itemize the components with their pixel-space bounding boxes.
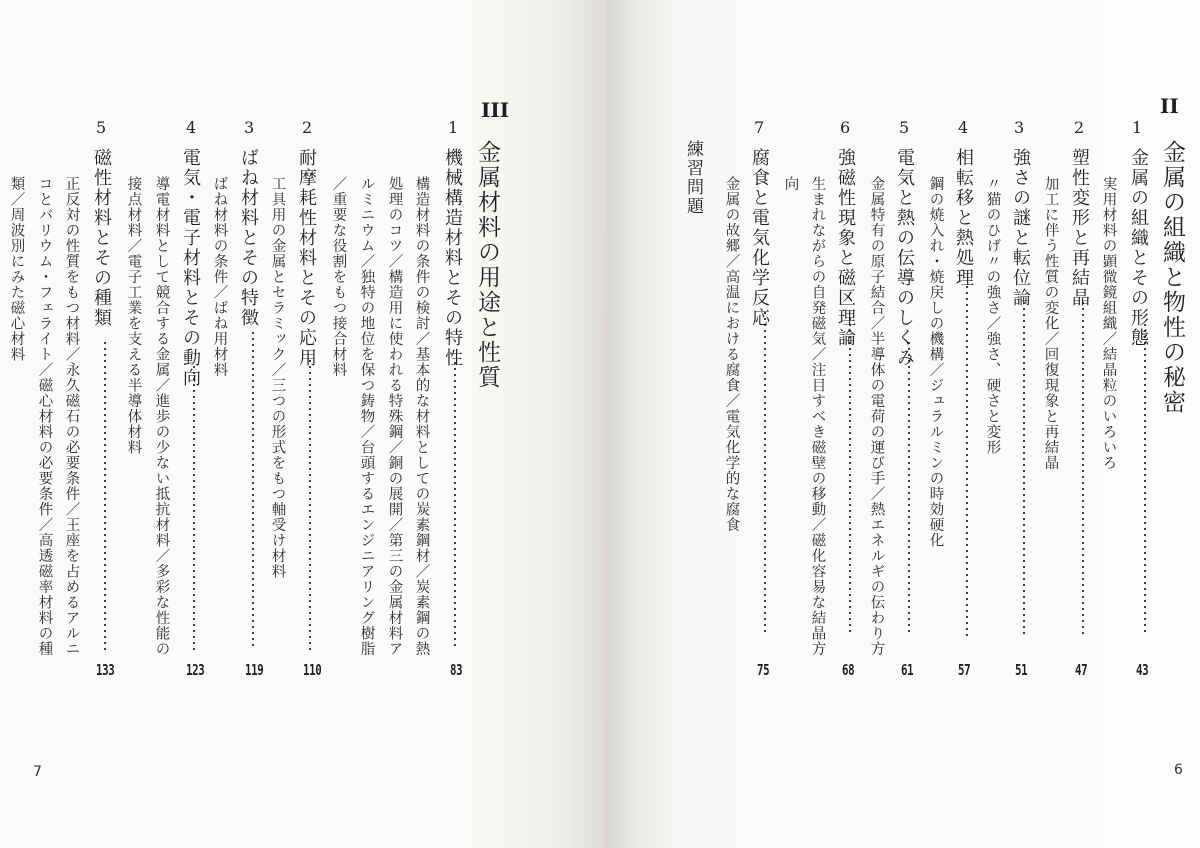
page-number: 133 bbox=[96, 661, 114, 679]
page-number: 61 bbox=[901, 661, 913, 679]
dot-leader bbox=[1144, 322, 1146, 636]
dot-leader bbox=[849, 316, 851, 636]
dot-leader bbox=[252, 330, 254, 650]
chapter-topics-continued: コとバリウム・フェライト／磁心材料の必要条件／高透磁率材料の種 bbox=[37, 176, 52, 657]
page-number: 47 bbox=[1075, 661, 1087, 679]
exercises-heading: 練習問題 bbox=[684, 140, 701, 216]
chapter-title: 電気・電子材料とその動向 bbox=[181, 148, 199, 388]
dot-leader bbox=[1023, 300, 1025, 636]
page-number: 123 bbox=[186, 661, 204, 679]
chapter-number: 2 bbox=[1074, 120, 1084, 136]
chapter-topics: 構造材料の条件の検討／基本的な材料としての炭素鋼材／炭素鋼の熱 bbox=[414, 176, 429, 657]
dot-leader bbox=[908, 340, 910, 636]
chapter-title: 金属の組織とその形態 bbox=[1129, 148, 1147, 348]
page-number: 83 bbox=[450, 661, 462, 679]
chapter-title: 塑性変形と再結晶 bbox=[1070, 148, 1088, 308]
dot-leader bbox=[193, 364, 195, 650]
chapter-title: 強さの謎と転位論 bbox=[1011, 148, 1029, 308]
chapter-title: 耐摩耗性材料とその応用 bbox=[297, 148, 315, 368]
dot-leader bbox=[454, 360, 456, 650]
dot-leader bbox=[966, 284, 968, 636]
dot-leader bbox=[1082, 300, 1084, 636]
chapter-number: 4 bbox=[958, 120, 968, 136]
chapter-title: 磁性材料とその種類 bbox=[92, 148, 110, 328]
page-number: 68 bbox=[842, 661, 854, 679]
chapter-topics: 生まれながらの自発磁気／注目すべき磁壁の移動／磁化容易な結晶方 bbox=[810, 176, 825, 657]
chapter-topics: 正反対の性質をもつ材料／永久磁石の必要条件／王座を占めるアルニ bbox=[64, 176, 79, 657]
dot-leader bbox=[309, 358, 311, 650]
part-title: 金属材料の用途と性質 bbox=[475, 140, 498, 390]
chapter-topics-continued: ／重要な役割をもつ接合材料 bbox=[331, 176, 346, 378]
chapter-topics: 導電材料として競合する金属／進歩の少ない抵抗材料／多彩な性能の bbox=[154, 176, 169, 657]
part-title: 金属の組織と物性の秘密 bbox=[1160, 140, 1183, 415]
chapter-number: 5 bbox=[899, 120, 909, 136]
page-number: 51 bbox=[1015, 661, 1027, 679]
chapter-title: 腐食と電気化学反応 bbox=[750, 148, 768, 328]
chapter-title: 電気と熱の伝導のしくみ bbox=[895, 148, 913, 368]
page-number: 119 bbox=[245, 661, 263, 679]
chapter-number: 5 bbox=[96, 120, 106, 136]
page-number: 110 bbox=[303, 661, 321, 679]
chapter-number: 2 bbox=[302, 120, 312, 136]
chapter-number: 3 bbox=[244, 120, 254, 136]
chapter-number: 1 bbox=[1132, 120, 1142, 136]
chapter-topics: 〃猫のひげ〃の強さ／強さ、硬さと変形 bbox=[985, 176, 1000, 455]
chapter-topics: 実用材料の顕微鏡組織／結晶粒のいろいろ bbox=[1101, 176, 1116, 471]
chapter-topics-continued: ルミニウム／独特の地位を保つ鋳物／台頭するエンジニアリング樹脂 bbox=[359, 176, 374, 657]
chapter-topics: 工具用の金属とセラミック／三つの形式をもつ軸受け材料 bbox=[270, 176, 285, 579]
chapter-topics: 金属特有の原子結合／半導体の電荷の運び手／熱エネルギの伝わり方 bbox=[869, 176, 884, 657]
part-number: III bbox=[481, 100, 509, 120]
chapter-topics: 金属の故郷／高温における腐食／電気化学的な腐食 bbox=[724, 176, 739, 533]
chapter-title: 相転移と熱処理 bbox=[954, 148, 972, 288]
chapter-topics: ばね材料の条件／ばね用材料 bbox=[212, 176, 227, 378]
dot-leader bbox=[104, 340, 106, 650]
chapter-topics: 加工に伴う性質の変化／回復現象と再結晶 bbox=[1043, 176, 1058, 471]
chapter-title: ばね材料とその特徴 bbox=[239, 148, 257, 328]
book-gutter bbox=[604, 0, 606, 848]
chapter-number: 3 bbox=[1014, 120, 1024, 136]
page-number: 75 bbox=[757, 661, 769, 679]
chapter-number: 7 bbox=[754, 120, 764, 136]
chapter-topics-continued: 向 bbox=[783, 176, 798, 192]
chapter-title: 機械構造材料とその特性 bbox=[443, 148, 461, 368]
chapter-topics-continued: 接点材料／電子工業を支える半導体材料 bbox=[126, 176, 141, 455]
chapter-number: 4 bbox=[186, 120, 196, 136]
part-number: II bbox=[1160, 96, 1179, 116]
page-folio: 6 bbox=[1174, 762, 1183, 778]
page-folio: 7 bbox=[33, 764, 42, 780]
chapter-number: 6 bbox=[840, 120, 850, 136]
chapter-topics-continued: 処理のコツ／構造用に使われる特殊鋼／銅の展開／第三の金属材料ア bbox=[387, 176, 402, 657]
page-number: 43 bbox=[1136, 661, 1148, 679]
chapter-topics: 鋼の焼入れ・焼戻しの機構／ジュラルミンの時効硬化 bbox=[928, 176, 943, 548]
chapter-number: 1 bbox=[448, 120, 458, 136]
dot-leader bbox=[764, 310, 766, 636]
chapter-topics-continued: 類／周波別にみた磁心材料 bbox=[9, 176, 24, 362]
page-number: 57 bbox=[958, 661, 970, 679]
chapter-title: 強磁性現象と磁区理論 bbox=[836, 148, 854, 348]
